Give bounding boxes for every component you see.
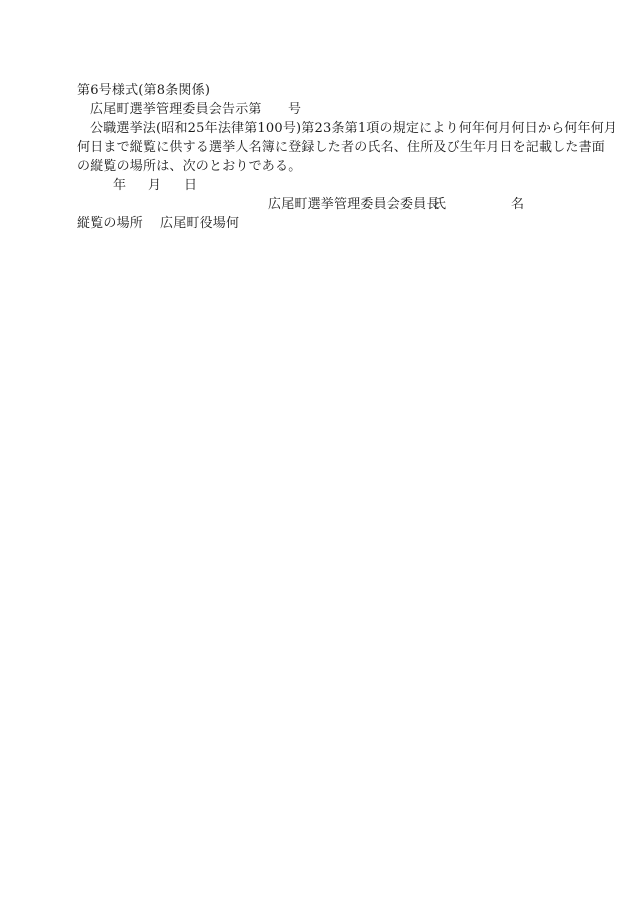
notice-heading: 広尾町選挙管理委員会告示第 号 bbox=[77, 100, 547, 119]
form-title: 第6号様式(第8条関係) bbox=[77, 81, 547, 100]
date-day: 日 bbox=[184, 176, 197, 195]
location-line: 縦覧の場所 広尾町役場何 bbox=[77, 214, 547, 233]
body-line-3: の縦覧の場所は、次のとおりである。 bbox=[77, 157, 547, 176]
signature-line: 広尾町選挙管理委員会委員長 氏 名 bbox=[77, 195, 547, 214]
location-value: 広尾町役場何 bbox=[160, 214, 239, 233]
date-year: 年 bbox=[113, 176, 126, 195]
body-line-1: 公職選挙法(昭和25年法律第100号)第23条第1項の規定により何年何月何日から… bbox=[77, 119, 547, 138]
signature-name-label-2: 名 bbox=[511, 195, 524, 214]
location-label: 縦覧の場所 bbox=[77, 214, 143, 233]
date-line: 年 月 日 bbox=[77, 176, 547, 195]
date-month: 月 bbox=[148, 176, 161, 195]
signature-title: 広尾町選挙管理委員会委員長 bbox=[268, 195, 440, 214]
body-line-2: 何日まで縦覧に供する選挙人名簿に登録した者の氏名、住所及び生年月日を記載した書面 bbox=[77, 138, 547, 157]
signature-name-label-1: 氏 bbox=[433, 195, 446, 214]
document-page: 第6号様式(第8条関係) 広尾町選挙管理委員会告示第 号 公職選挙法(昭和25年… bbox=[77, 81, 547, 233]
